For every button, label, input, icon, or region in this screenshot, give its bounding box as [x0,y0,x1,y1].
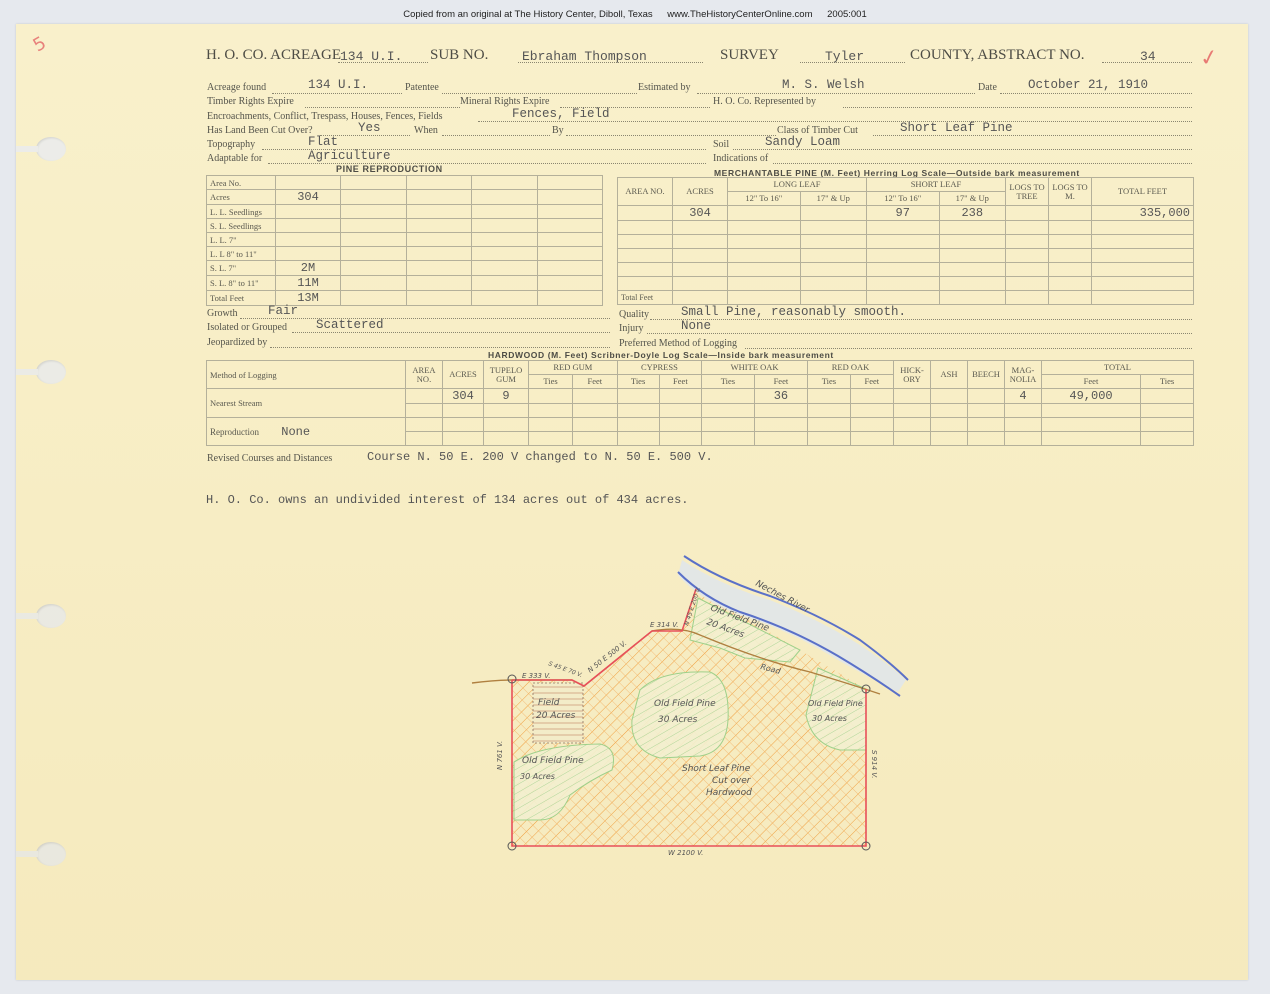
hw-red-gum-ties [529,389,573,404]
map-ofp4-label: Old Field Pine [522,756,584,766]
mp-sl-12-16-header: 12" To 16" [866,192,939,206]
hw-stream-label: Nearest Stream [207,389,406,418]
mp-ll-12-16 [728,206,801,221]
hw-white-oak-header: WHITE OAK [702,361,808,375]
map-course-n1: E 333 V. [522,672,550,680]
pr-row-label: L. L. Seedlings [207,205,276,219]
hw-tupelo-header: TUPELO GUM [484,361,529,389]
punch-hole [36,137,66,161]
sub-no-label: SUB NO. [430,47,488,64]
hw-magnolia: 4 [1005,389,1042,404]
hw-total-feet-header: Feet [1042,375,1141,389]
punch-hole [36,604,66,628]
hw-total-header: TOTAL [1042,361,1194,375]
hw-cypress-ties-header: Ties [617,375,659,389]
pine-reproduction-row: Acres304 [207,190,603,205]
topography-value: Flat [308,135,338,149]
hw-acres: 304 [443,389,484,404]
pine-reproduction-row: L. L. 7" [207,233,603,247]
when-label: When [414,125,438,136]
class-of-timber-value: Short Leaf Pine [900,121,1013,135]
abstract-no-value: 34 [1140,49,1156,64]
pr-row-value: 304 [276,190,341,205]
mp-sl-17-up: 238 [939,206,1006,221]
quality-label: Quality [619,309,649,320]
acreage-value: 134 U.I. [340,49,402,64]
acreage-found-label: Acreage found [207,82,266,93]
revised-courses-label: Revised Courses and Distances [207,453,332,464]
hw-reproduction-label: Reproduction None [207,418,406,446]
map-field-acres: 20 Acres [536,711,576,721]
mp-sl-17-up-header: 17" & Up [939,192,1006,206]
survey-plat-map: Neches River Road Field 20 Acres Old Fie… [460,540,930,860]
hw-red-oak-feet [850,389,893,404]
soil-value: Sandy Loam [765,135,840,149]
pr-row-label: L. L. 7" [207,233,276,247]
map-main-line3: Hardwood [706,788,752,798]
pine-reproduction-row: S. L. Seedlings [207,219,603,233]
mp-logs-to-tree [1006,206,1049,221]
preferred-method-label: Preferred Method of Logging [619,338,737,349]
pr-row-value [276,219,341,233]
mp-logs-to-m [1049,206,1092,221]
acreage-found-value: 134 U.I. [308,78,368,92]
hw-row: Nearest Stream 304 9 36 4 49,000 [207,389,1194,404]
mp-sl-12-16: 97 [866,206,939,221]
growth-value: Fair [268,304,298,318]
merchantable-pine-table: AREA NO. ACRES LONG LEAF SHORT LEAF LOGS… [617,177,1194,305]
pr-row-label: Acres [207,190,276,205]
estimated-by-label: Estimated by [638,82,691,93]
isolated-grouped-value: Scattered [316,318,384,332]
pr-row-label: L. L 8" to 11" [207,247,276,261]
county-abstract-label: COUNTY, ABSTRACT NO. [910,47,1084,64]
mp-short-leaf-header: SHORT LEAF [866,178,1005,192]
map-course-east: S 914 V. [870,750,878,778]
cut-over-value: Yes [358,121,381,135]
hw-total-feet: 49,000 [1042,389,1141,404]
date-value: October 21, 1910 [1028,78,1148,92]
hw-red-oak-ties-header: Ties [808,375,851,389]
pine-reproduction-row: Area No. [207,176,603,190]
pr-row-value: 2M [276,261,341,276]
map-ofp2-acres: 30 Acres [658,715,698,725]
cut-over-label: Has Land Been Cut Over? [207,125,313,136]
map-field-label: Field [538,698,560,708]
punch-hole [36,360,66,384]
timber-rights-label: Timber Rights Expire [207,96,294,107]
pr-row-value [276,247,341,261]
county-value: Tyler [825,49,864,64]
mp-ll-12-16-header: 12" To 16" [728,192,801,206]
hw-ash [931,389,968,404]
map-course-n4: E 314 V. [650,621,678,629]
hw-red-oak-ties [808,389,851,404]
hw-red-gum-ties-header: Ties [529,375,573,389]
map-ofp3-label: Old Field Pine [808,699,863,708]
map-course-n2: S 45 E 70 V. [547,660,583,679]
adaptable-for-label: Adaptable for [207,153,262,164]
pine-reproduction-table: Area No.Acres304L. L. SeedlingsS. L. See… [206,175,603,306]
encroachments-label: Encroachments, Conflict, Trespass, House… [207,111,443,122]
hw-area-no-header: AREA NO. [406,361,443,389]
hw-magnolia-header: MAG- NOLIA [1005,361,1042,389]
mp-acres-header: ACRES [673,178,728,206]
hw-red-gum-header: RED GUM [529,361,618,375]
hardwood-table: Method of Logging AREA NO. ACRES TUPELO … [206,360,1194,446]
pr-row-label: S. L. 7" [207,261,276,276]
pr-row-value [276,176,341,190]
pine-reproduction-row: L. L 8" to 11" [207,247,603,261]
ownership-note: H. O. Co. owns an undivided interest of … [206,493,688,507]
map-course-west: N 761 V. [496,741,504,770]
mp-logs-to-m-header: LOGS TO M. [1049,178,1092,206]
mp-ll-17-up [800,206,866,221]
corner-number-mark: 5 [30,33,50,57]
mp-area-no [618,206,673,221]
hw-total-ties-header: Ties [1141,375,1194,389]
pine-reproduction-title: PINE REPRODUCTION [336,164,443,174]
hardwood-title: HARDWOOD (M. Feet) Scribner-Doyle Log Sc… [488,350,834,360]
hw-white-oak-feet: 36 [754,389,807,404]
sub-no-value: Ebraham Thompson [522,49,647,64]
adaptable-for-value: Agriculture [308,149,391,163]
hw-white-oak-feet-header: Feet [754,375,807,389]
mp-logs-to-tree-header: LOGS TO TREE [1006,178,1049,206]
pr-row-label: S. L. Seedlings [207,219,276,233]
hw-white-oak-ties-header: Ties [702,375,755,389]
indications-label: Indications of [713,153,768,164]
hw-total-ties [1141,389,1194,404]
mp-area-no-header: AREA NO. [618,178,673,206]
hw-area-no [406,389,443,404]
pr-row-value [276,205,341,219]
pr-row-value: 11M [276,276,341,291]
encroachments-value: Fences, Field [512,107,610,121]
topography-label: Topography [207,139,255,150]
mp-long-leaf-header: LONG LEAF [728,178,867,192]
copy-banner: Copied from an original at The History C… [0,9,1270,20]
punch-hole [36,842,66,866]
copy-site: www.TheHistoryCenterOnline.com [667,9,812,20]
hw-beech [968,389,1005,404]
pine-reproduction-row: Total Feet13M [207,291,603,306]
copy-catalog: 2005:001 [827,9,867,20]
hw-red-gum-feet-header: Feet [572,375,617,389]
pine-reproduction-row: L. L. Seedlings [207,205,603,219]
injury-value: None [681,319,711,333]
hw-cypress-header: CYPRESS [617,361,702,375]
hw-hickory [894,389,931,404]
hw-reproduction-value: None [281,425,310,439]
check-mark-icon: ✓ [1198,45,1220,73]
estimated-by-value: M. S. Welsh [782,78,865,92]
map-course-south: W 2100 V. [668,849,703,857]
mp-ll-17-up-header: 17" & Up [800,192,866,206]
hw-beech-header: BEECH [968,361,1005,389]
mp-acres: 304 [673,206,728,221]
hw-cypress-ties [617,389,659,404]
isolated-grouped-label: Isolated or Grouped [207,322,287,333]
pr-row-label: S. L. 8" to 11" [207,276,276,291]
copy-source: Copied from an original at The History C… [403,9,652,20]
quality-value: Small Pine, reasonably smooth. [681,305,906,319]
mp-row: 304 97 238 335,000 [618,206,1194,221]
map-ofp2-label: Old Field Pine [654,699,716,709]
mp-total-feet: 335,000 [1092,206,1194,221]
injury-label: Injury [619,323,643,334]
hw-cypress-feet [659,389,702,404]
pine-reproduction-row: S. L. 7"2M [207,261,603,276]
acreage-label: H. O. CO. ACREAGE [206,47,341,64]
map-ofp4-acres: 30 Acres [520,772,555,781]
hw-ash-header: ASH [931,361,968,389]
mp-total-label: Total Feet [618,291,673,305]
by-label: By [552,125,564,136]
jeopardized-label: Jeopardized by [207,337,267,348]
mp-total-feet-header: TOTAL FEET [1092,178,1194,206]
revised-courses-value: Course N. 50 E. 200 V changed to N. 50 E… [367,450,713,464]
hw-white-oak-ties [702,389,755,404]
pr-row-label: Area No. [207,176,276,190]
hw-method-label: Method of Logging [207,361,406,389]
hw-acres-header: ACRES [443,361,484,389]
pine-reproduction-row: S. L. 8" to 11"11M [207,276,603,291]
hw-hickory-header: HICK- ORY [894,361,931,389]
represented-by-label: H. O. Co. Represented by [713,96,816,107]
hw-red-oak-header: RED OAK [808,361,894,375]
hw-red-oak-feet-header: Feet [850,375,893,389]
soil-label: Soil [713,139,729,150]
hw-red-gum-feet [572,389,617,404]
growth-label: Growth [207,308,238,319]
map-main-line2: Cut over [712,776,752,786]
pr-row-label: Total Feet [207,291,276,306]
patentee-label: Patentee [405,82,439,93]
map-ofp3-acres: 30 Acres [812,714,847,723]
pr-row-value [276,233,341,247]
map-main-line1: Short Leaf Pine [682,764,751,774]
date-label: Date [978,82,997,93]
mineral-rights-label: Mineral Rights Expire [460,96,549,107]
hw-tupelo-gum: 9 [484,389,529,404]
hw-cypress-feet-header: Feet [659,375,702,389]
survey-label: SURVEY [720,47,779,64]
